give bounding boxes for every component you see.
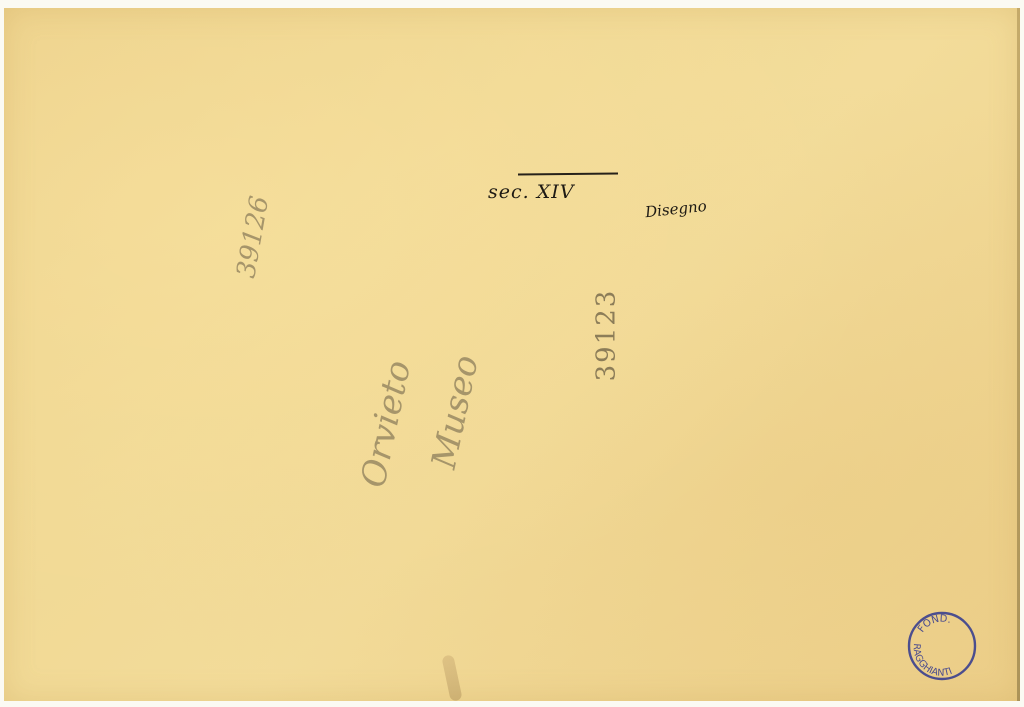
fondazione-ragghianti-stamp-icon: FOND. RAGGHIANTI (906, 610, 978, 682)
archive-card (4, 8, 1020, 701)
svg-text:FOND.: FOND. (916, 613, 953, 634)
inventory-number-stamp: 39123 (591, 289, 621, 382)
century-annotation: sec. XIV (488, 181, 574, 203)
svg-text:RAGGHIANTI: RAGGHIANTI (911, 643, 954, 679)
